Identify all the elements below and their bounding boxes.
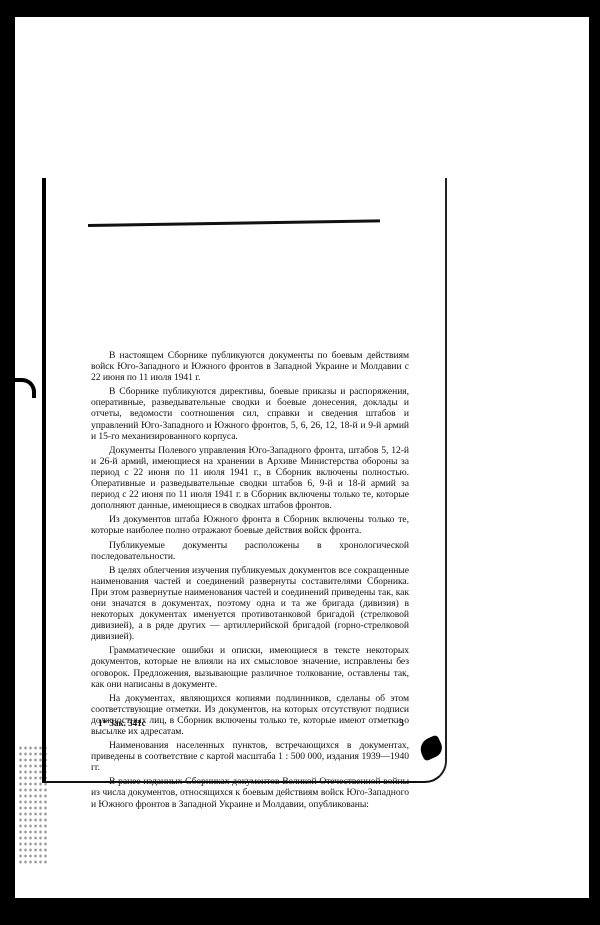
paragraph: Наименования населенных пунктов, встреча… bbox=[91, 740, 409, 773]
page-footer: 1* Зак. 341с 3 bbox=[98, 718, 404, 729]
paragraph: Документы Полевого управления Юго-Западн… bbox=[91, 445, 409, 512]
scan-edge-shadow bbox=[12, 17, 15, 898]
paragraph: Публикуемые документы расположены в хрон… bbox=[91, 540, 409, 562]
body-text: В настоящем Сборнике публикуются докумен… bbox=[91, 350, 409, 813]
paragraph: В ранее изданных Сборниках документов Ве… bbox=[91, 776, 409, 809]
print-order-signature: 1* Зак. 341с bbox=[98, 718, 146, 729]
paragraph: В настоящем Сборнике публикуются докумен… bbox=[91, 350, 409, 383]
paragraph: В целях облегчения изучения публикуемых … bbox=[91, 565, 409, 643]
paragraph: Грамматические ошибки и описки, имеющиес… bbox=[91, 645, 409, 689]
paragraph: В Сборнике публикуются директивы, боевые… bbox=[91, 386, 409, 441]
page-number: 3 bbox=[399, 718, 404, 729]
paragraph: Из документов штаба Южного фронта в Сбор… bbox=[91, 514, 409, 536]
paragraph: На документах, являющихся копиями подлин… bbox=[91, 693, 409, 737]
